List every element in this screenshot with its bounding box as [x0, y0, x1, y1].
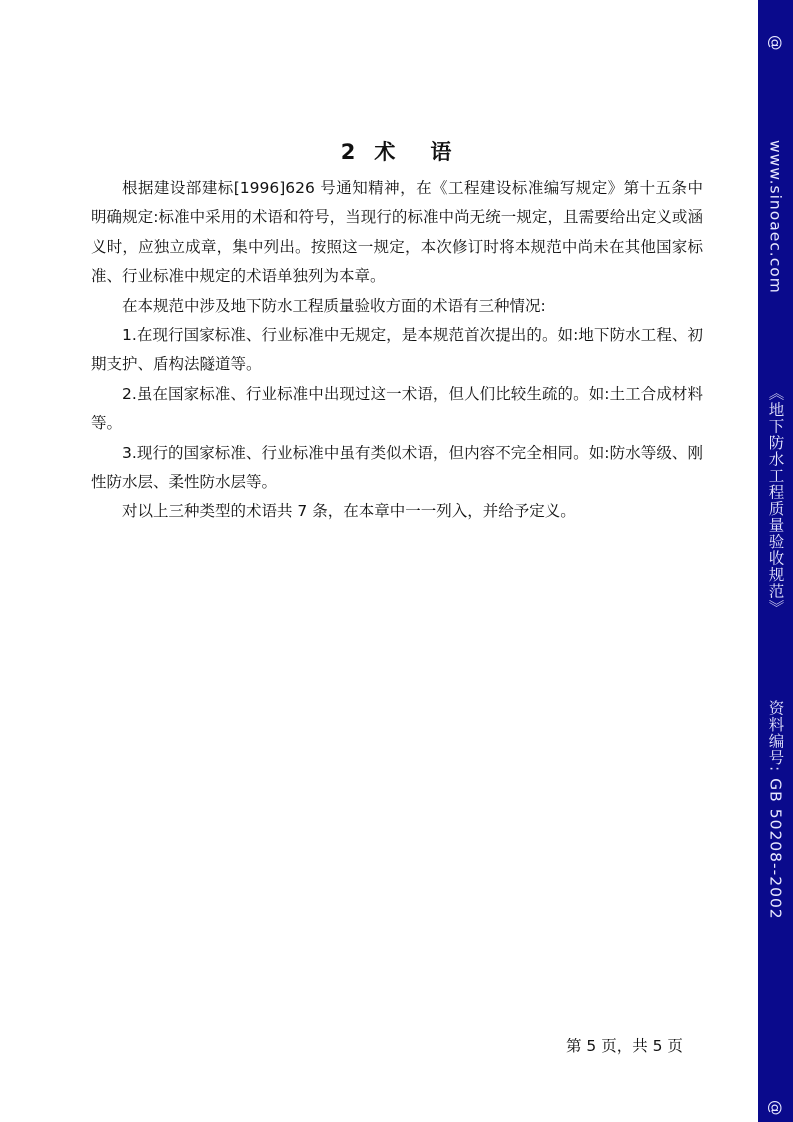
paragraph-case-2: 2.虽在国家标准、行业标准中出现过这一术语，但人们比较生疏的。如:土工合成材料等… — [91, 380, 703, 439]
watermark-sidebar: @ www.sinoaec.com 《地下防水工程质量验收规范》 资料编号: G… — [758, 0, 793, 1122]
paragraph-cases: 在本规范中涉及地下防水工程质量验收方面的术语有三种情况: — [91, 292, 703, 321]
document-page: 2术语 根据建设部建标[1996]626 号通知精神，在《工程建设标准编写规定》… — [0, 0, 758, 1122]
at-symbol-bottom: @ — [758, 1100, 793, 1117]
chapter-title-word-1: 术 — [374, 136, 396, 166]
paragraph-case-1: 1.在现行国家标准、行业标准中无规定，是本规范首次提出的。如:地下防水工程、初期… — [91, 321, 703, 380]
document-code: 资料编号: GB 50208--2002 — [758, 700, 793, 920]
page-number: 第 5 页，共 5 页 — [566, 1034, 683, 1056]
chapter-title: 2术语 — [0, 136, 793, 166]
at-symbol-top: @ — [758, 35, 793, 52]
book-title: 《地下防水工程质量验收规范》 — [758, 385, 793, 616]
chapter-body: 根据建设部建标[1996]626 号通知精神，在《工程建设标准编写规定》第十五条… — [91, 174, 703, 527]
website-link: www.sinoaec.com — [758, 140, 793, 294]
paragraph-case-3: 3.现行的国家标准、行业标准中虽有类似术语，但内容不完全相同。如:防水等级、刚性… — [91, 439, 703, 498]
paragraph-intro: 根据建设部建标[1996]626 号通知精神，在《工程建设标准编写规定》第十五条… — [91, 174, 703, 292]
paragraph-summary: 对以上三种类型的术语共 7 条，在本章中一一列入，并给予定义。 — [91, 497, 703, 526]
chapter-title-word-2: 语 — [430, 136, 452, 166]
chapter-number: 2 — [341, 140, 357, 164]
